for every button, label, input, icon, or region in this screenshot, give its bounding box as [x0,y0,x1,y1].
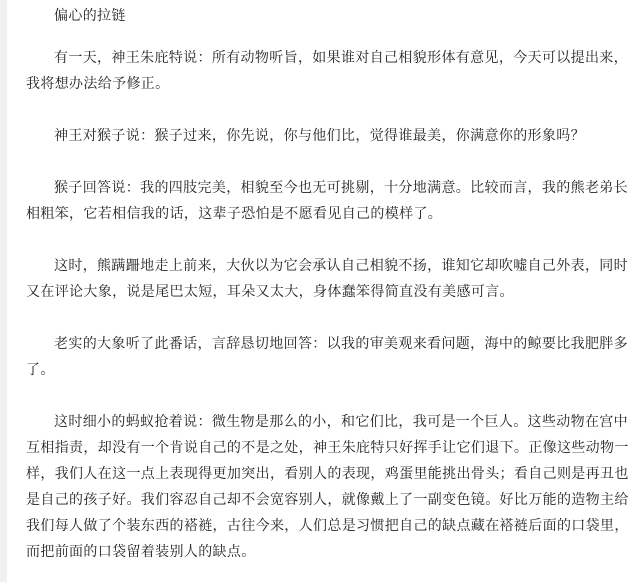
text-line: 老实的大象听了此番话，言辞恳切地回答：以我的审美观来看问题，海中的鲸要比我肥胖多 [26,330,632,356]
document-body: 偏心的拉链 有一天，神王朱庇特说：所有动物听旨，如果谁对自己相貌形体有意见，今天… [26,2,632,564]
paragraph: 有一天，神王朱庇特说：所有动物听旨，如果谁对自己相貌形体有意见，今天可以提出来，… [26,44,632,96]
document-title: 偏心的拉链 [26,2,632,28]
paragraph: 猴子回答说：我的四肢完美，相貌至今也无可挑剔，十分地满意。比较而言，我的熊老弟长… [26,174,632,226]
text-line: 相粗笨，它若相信我的话，这辈子恐怕是不愿看见自己的模样了。 [26,200,632,226]
text-line: 而把前面的口袋留着装别人的缺点。 [26,538,632,564]
paragraph: 老实的大象听了此番话，言辞恳切地回答：以我的审美观来看问题，海中的鲸要比我肥胖多… [26,330,632,382]
text-line: 了。 [26,356,632,382]
page-left-margin-strip [0,0,7,582]
text-line: 有一天，神王朱庇特说：所有动物听旨，如果谁对自己相貌形体有意见，今天可以提出来， [26,44,632,70]
text-line: 神王对猴子说：猴子过来，你先说，你与他们比，觉得谁最美，你满意你的形象吗？ [26,122,632,148]
paragraph: 这时细小的蚂蚁抢着说：微生物是那么的小，和它们比，我可是一个巨人。这些动物在宫中… [26,408,632,564]
text-line: 又在评论大象，说是尾巴太短，耳朵又太大，身体蠢笨得简直没有美感可言。 [26,278,632,304]
text-line: 互相指责，却没有一个肯说自己的不是之处，神王朱庇特只好挥手让它们退下。正像这些动… [26,434,632,460]
text-line: 这时，熊蹒跚地走上前来，大伙以为它会承认自己相貌不扬，谁知它却吹嘘自己外表，同时 [26,252,632,278]
text-line: 这时细小的蚂蚁抢着说：微生物是那么的小，和它们比，我可是一个巨人。这些动物在宫中 [26,408,632,434]
text-line: 是自己的孩子好。我们容忍自己却不会宽容别人，就像戴上了一副变色镜。好比万能的造物… [26,486,632,512]
paragraph: 神王对猴子说：猴子过来，你先说，你与他们比，觉得谁最美，你满意你的形象吗？ [26,122,632,148]
text-line: 我将想办法给予修正。 [26,70,632,96]
text-line: 样，我们人在这一点上表现得更加突出，看别人的表现，鸡蛋里能挑出骨头；看自己则是再… [26,460,632,486]
text-line: 我们每人做了个装东西的褡裢，古往今来，人们总是习惯把自己的缺点藏在褡裢后面的口袋… [26,512,632,538]
paragraphs-container: 有一天，神王朱庇特说：所有动物听旨，如果谁对自己相貌形体有意见，今天可以提出来，… [26,44,632,564]
paragraph: 这时，熊蹒跚地走上前来，大伙以为它会承认自己相貌不扬，谁知它却吹嘘自己外表，同时… [26,252,632,304]
text-line: 猴子回答说：我的四肢完美，相貌至今也无可挑剔，十分地满意。比较而言，我的熊老弟长 [26,174,632,200]
